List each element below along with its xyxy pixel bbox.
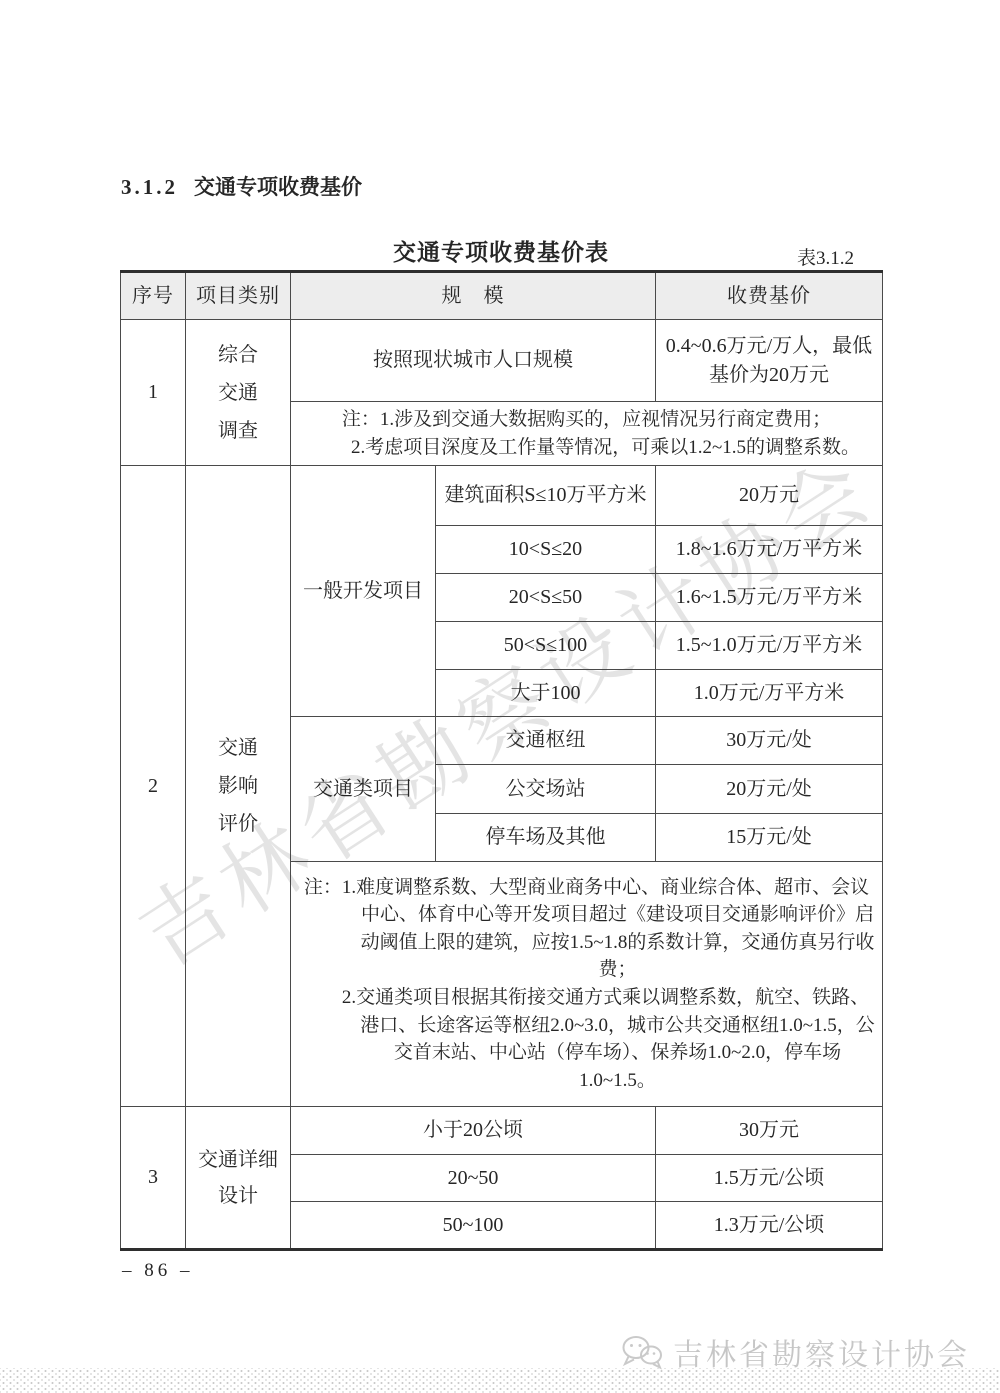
row2-general-scale-0: 建筑面积S≤10万平方米 xyxy=(436,466,656,526)
row2-category-text: 交通影响评价 xyxy=(216,729,260,843)
table-row: 3 交通详细设计 小于20公顷 30万元 xyxy=(121,1107,883,1155)
row2-general-price-0: 20万元 xyxy=(656,466,883,526)
row2-no: 2 xyxy=(121,466,186,1107)
document-page: 吉林省勘察设计协会 3.1.2交通专项收费基价 交通专项收费基价表 表3.1.2… xyxy=(0,0,1000,1393)
table-header-row: 序号 项目类别 规 模 收费基价 xyxy=(121,272,883,320)
row3-price-0: 30万元 xyxy=(656,1107,883,1155)
row2-transport-price-1: 20万元/处 xyxy=(656,765,883,814)
row2-general-label: 一般开发项目 xyxy=(291,466,436,717)
row3-price-1: 1.5万元/公顷 xyxy=(656,1155,883,1202)
row2-general-price-3: 1.5~1.0万元/万平方米 xyxy=(656,622,883,670)
page-number: – 86 – xyxy=(122,1260,194,1282)
fee-table: 序号 项目类别 规 模 收费基价 1 综合交通调查 按照现状城市人口规模 0.4… xyxy=(120,270,883,1251)
row2-transport-price-2: 15万元/处 xyxy=(656,814,883,862)
row3-scale-1: 20~50 xyxy=(291,1155,656,1202)
row1-category: 综合交通调查 xyxy=(186,320,291,466)
row2-note-2: 2.交通类项目根据其衔接交通方式乘以调整系数，航空、铁路、港口、长途客运等枢纽2… xyxy=(333,984,878,1094)
row2-transport-scale-1: 公交场站 xyxy=(436,765,656,814)
header-category: 项目类别 xyxy=(186,272,291,320)
table-row: 1 综合交通调查 按照现状城市人口规模 0.4~0.6万元/万人，最低基价为20… xyxy=(121,320,883,402)
footer-brand-text: 吉林省勘察设计协会 xyxy=(673,1330,970,1374)
row3-no: 3 xyxy=(121,1107,186,1250)
row2-general-price-1: 1.8~1.6万元/万平方米 xyxy=(656,526,883,574)
row2-general-price-4: 1.0万元/万平方米 xyxy=(656,670,883,717)
section-number: 3.1.2 xyxy=(121,175,178,199)
row2-category: 交通影响评价 xyxy=(186,466,291,1107)
row3-price-2: 1.3万元/公顷 xyxy=(656,1202,883,1250)
row1-note-2: 2.考虑项目深度及工作量等情况，可乘以1.2~1.5的调整系数。 xyxy=(333,434,878,462)
row2-general-scale-1: 10<S≤20 xyxy=(436,526,656,574)
row3-category: 交通详细设计 xyxy=(186,1107,291,1250)
wechat-icon xyxy=(620,1334,664,1370)
row3-scale-2: 50~100 xyxy=(291,1202,656,1250)
row3-scale-0: 小于20公顷 xyxy=(291,1107,656,1155)
row1-note-cell: 注：1.涉及到交通大数据购买的，应视情况另行商定费用； 2.考虑项目深度及工作量… xyxy=(291,402,883,466)
row2-general-scale-4: 大于100 xyxy=(436,670,656,717)
row2-transport-price-0: 30万元/处 xyxy=(656,717,883,765)
header-scale: 规 模 xyxy=(291,272,656,320)
table-row: 2 交通影响评价 一般开发项目 建筑面积S≤10万平方米 20万元 xyxy=(121,466,883,526)
row1-no: 1 xyxy=(121,320,186,466)
section-title: 交通专项收费基价 xyxy=(194,175,362,199)
row2-note-1: 注：1.难度调整系数、大型商业商务中心、商业综合体、超市、会议中心、体育中心等开… xyxy=(295,874,878,984)
row3-category-text: 交通详细设计 xyxy=(195,1142,281,1214)
row1-price: 0.4~0.6万元/万人，最低基价为20万元 xyxy=(656,320,883,402)
row2-transport-scale-0: 交通枢纽 xyxy=(436,717,656,765)
row1-scale: 按照现状城市人口规模 xyxy=(291,320,656,402)
row2-general-price-2: 1.6~1.5万元/万平方米 xyxy=(656,574,883,622)
row2-transport-label: 交通类项目 xyxy=(291,717,436,862)
header-no: 序号 xyxy=(121,272,186,320)
row1-category-text: 综合交通调查 xyxy=(216,336,260,450)
section-heading: 3.1.2交通专项收费基价 xyxy=(121,171,362,201)
row2-transport-scale-2: 停车场及其他 xyxy=(436,814,656,862)
row2-general-scale-2: 20<S≤50 xyxy=(436,574,656,622)
row2-note-cell: 注：1.难度调整系数、大型商业商务中心、商业综合体、超市、会议中心、体育中心等开… xyxy=(291,862,883,1107)
footer-brand: 吉林省勘察设计协会 xyxy=(620,1330,970,1374)
row1-note-1: 注：1.涉及到交通大数据购买的，应视情况另行商定费用； xyxy=(295,406,878,434)
table-number-label: 表3.1.2 xyxy=(120,243,882,270)
header-price: 收费基价 xyxy=(656,272,883,320)
row2-general-scale-3: 50<S≤100 xyxy=(436,622,656,670)
